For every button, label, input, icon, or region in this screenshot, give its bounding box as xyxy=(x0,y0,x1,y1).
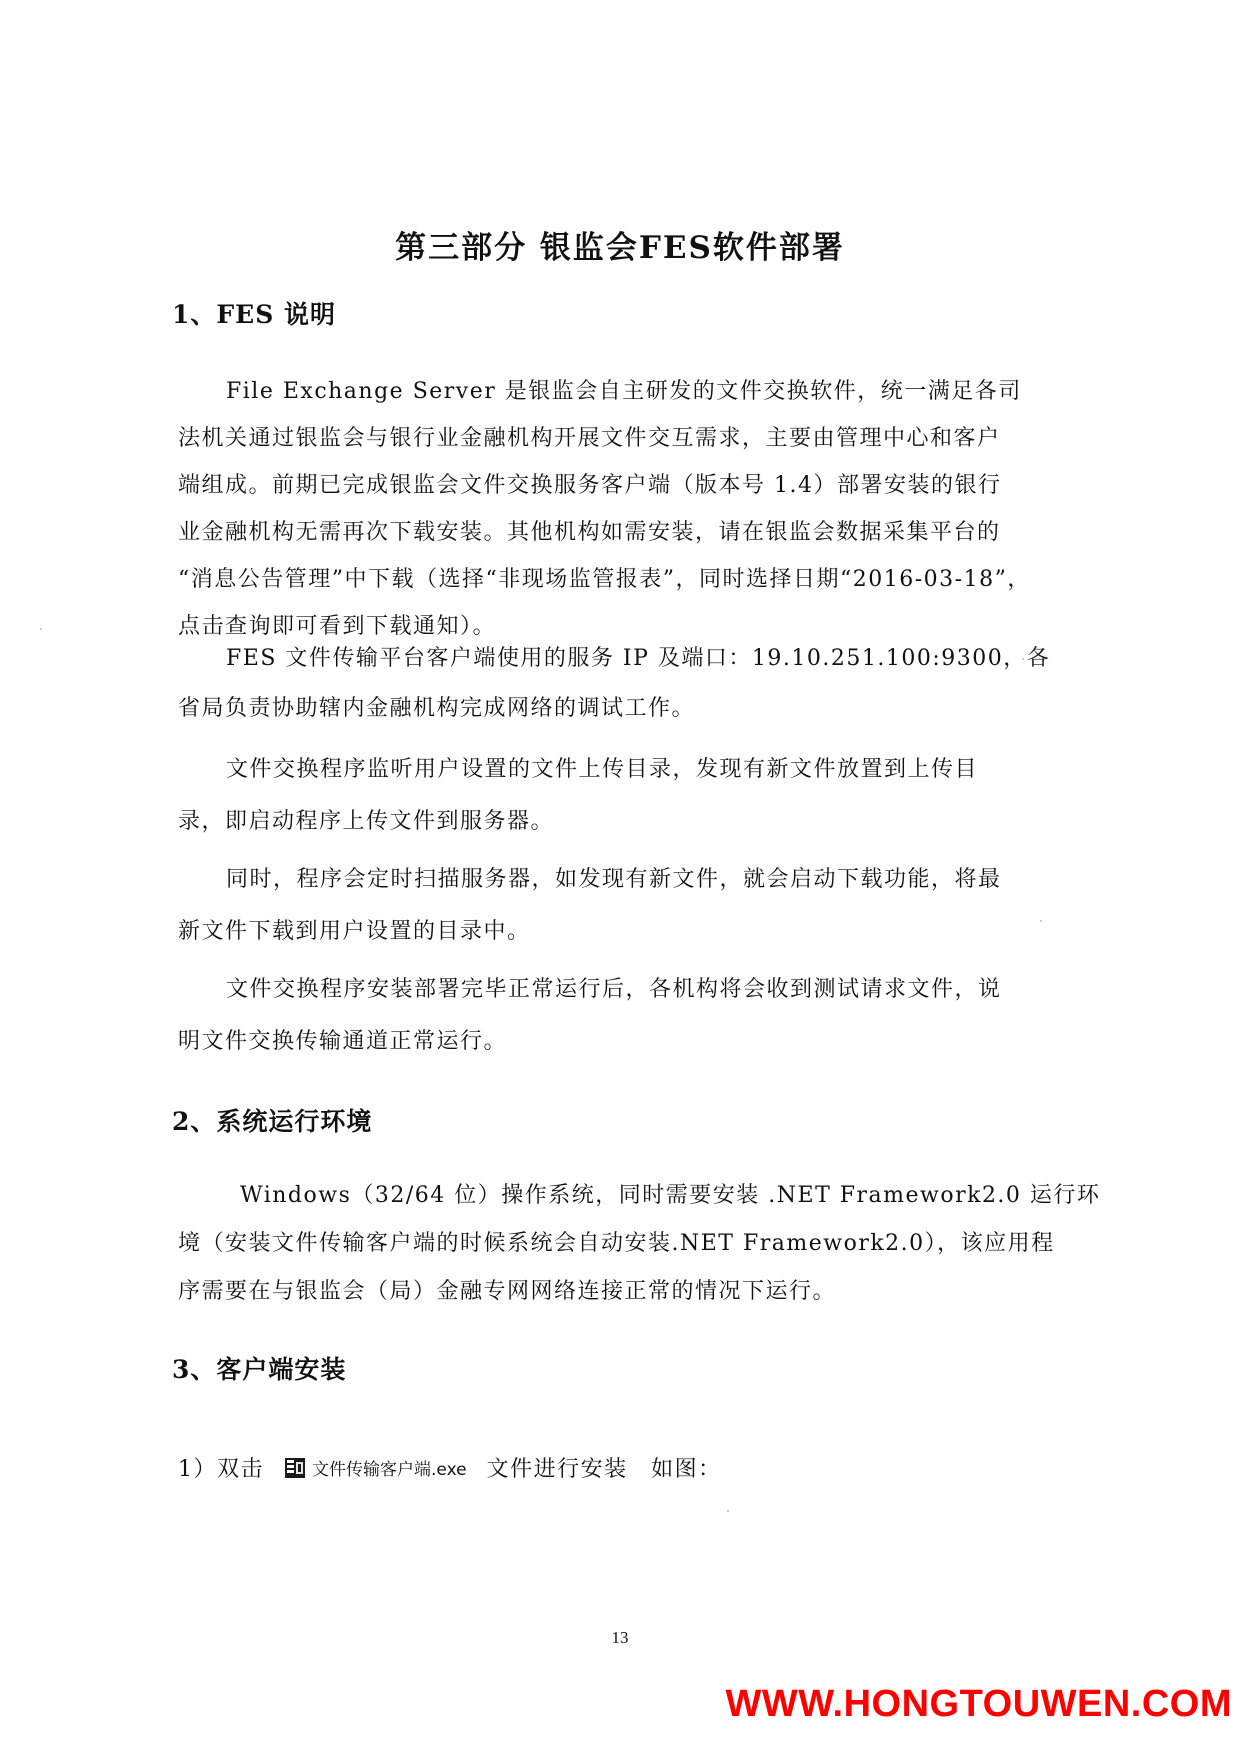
text-line: 业金融机构无需再次下载安装。其他机构如需安装，请在银监会数据采集平台的 xyxy=(178,509,1048,556)
text-line: 省局负责协助辖内金融机构完成网络的调试工作。 xyxy=(178,684,1048,734)
text-line: “消息公告管理”中下载（选择“非现场监管报表”，同时选择日期“2016-03-1… xyxy=(178,556,1048,603)
paragraph-upload-monitor: 文件交换程序监听用户设置的文件上传目录，发现有新文件放置到上传目 录，即启动程序… xyxy=(178,744,1048,848)
section-heading-fes-description: 1、FES 说明 xyxy=(172,295,336,331)
scan-speck xyxy=(40,628,42,630)
paragraph-runtime-environment: Windows（32/64 位）操作系统，同时需要安装 .NET Framewo… xyxy=(178,1172,1048,1316)
installer-exe-icon xyxy=(284,1457,306,1479)
paragraph-fes-overview: File Exchange Server 是银监会自主研发的文件交换软件，统一满… xyxy=(178,368,1048,650)
text-line: Windows（32/64 位）操作系统，同时需要安装 .NET Framewo… xyxy=(178,1172,1048,1220)
section-heading-runtime-environment: 2、系统运行环境 xyxy=(172,1102,372,1138)
text-line: 同时，程序会定时扫描服务器，如发现有新文件，就会启动下载功能，将最 xyxy=(178,854,1048,906)
section-heading-client-install: 3、客户端安装 xyxy=(172,1350,346,1386)
installer-file: 文件传输客户端.exe xyxy=(284,1455,467,1480)
text-line: 文件交换程序安装部署完毕正常运行后，各机构将会收到测试请求文件，说 xyxy=(178,964,1048,1016)
paragraph-download-scan: 同时，程序会定时扫描服务器，如发现有新文件，就会启动下载功能，将最 新文件下载到… xyxy=(178,854,1048,958)
scan-speck xyxy=(727,1510,729,1512)
installer-file-name: 文件传输客户端.exe xyxy=(312,1455,467,1480)
text-line: File Exchange Server 是银监会自主研发的文件交换软件，统一满… xyxy=(178,368,1048,415)
paragraph-server-ip: FES 文件传输平台客户端使用的服务 IP 及端口：19.10.251.100:… xyxy=(178,634,1048,734)
watermark-link[interactable]: WWW.HONGTOUWEN.COM xyxy=(726,1683,1232,1726)
text-line: 文件交换程序监听用户设置的文件上传目录，发现有新文件放置到上传目 xyxy=(178,744,1048,796)
text-line: 新文件下载到用户设置的目录中。 xyxy=(178,906,1048,958)
install-step-1: 1）双击 文件传输客户端.exe 文件进行安装 如图： xyxy=(178,1452,722,1483)
scan-speck xyxy=(1040,920,1042,922)
text-line: 明文件交换传输通道正常运行。 xyxy=(178,1016,1048,1068)
paragraph-test-request: 文件交换程序安装部署完毕正常运行后，各机构将会收到测试请求文件，说 明文件交换传… xyxy=(178,964,1048,1068)
page-title: 第三部分 银监会FES软件部署 xyxy=(0,222,1240,267)
text-line: 境（安装文件传输客户端的时候系统会自动安装.NET Framework2.0），… xyxy=(178,1220,1048,1268)
text-line: 序需要在与银监会（局）金融专网网络连接正常的情况下运行。 xyxy=(178,1268,1048,1316)
text-line: 录，即启动程序上传文件到服务器。 xyxy=(178,796,1048,848)
document-page: 第三部分 银监会FES软件部署 1、FES 说明 File Exchange S… xyxy=(0,0,1240,1754)
scan-speck xyxy=(1022,658,1024,660)
page-number: 13 xyxy=(0,1628,1240,1648)
text-line: 端组成。前期已完成银监会文件交换服务客户端（版本号 1.4）部署安装的银行 xyxy=(178,462,1048,509)
step-suffix: 文件进行安装 如图： xyxy=(487,1452,722,1483)
step-prefix: 1）双击 xyxy=(178,1452,264,1483)
text-line: 法机关通过银监会与银行业金融机构开展文件交互需求，主要由管理中心和客户 xyxy=(178,415,1048,462)
text-line: FES 文件传输平台客户端使用的服务 IP 及端口：19.10.251.100:… xyxy=(178,634,1048,684)
